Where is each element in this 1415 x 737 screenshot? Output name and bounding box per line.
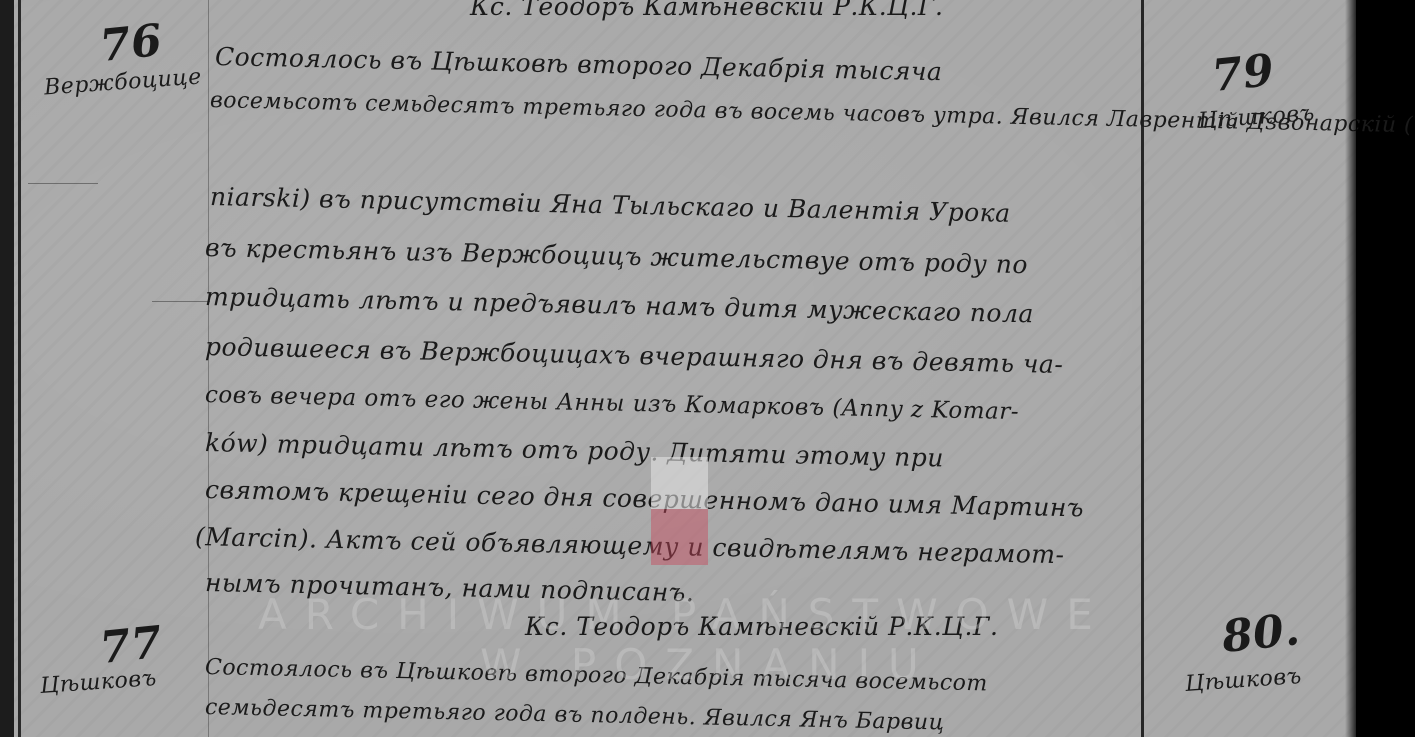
ruled-line: [28, 183, 98, 184]
scanned-register-page: Кс. Теодоръ Камѣневскій Р.К.Ц.Г. 76 Верж…: [0, 0, 1356, 737]
archive-watermark: ARCHIWUM PAŃSTWOWE: [258, 590, 1111, 639]
entry-place: Цѣшковъ: [1184, 664, 1302, 697]
entry-number: 80.: [1220, 604, 1303, 663]
page-binding-edge: [0, 0, 14, 737]
entry-line: тридцать лѣтъ и предъявилъ намъ дитя муж…: [205, 282, 1034, 328]
header-signature: Кс. Теодоръ Камѣневскій Р.К.Ц.Г.: [470, 0, 943, 21]
entry-line: (Marcin). Актъ сей объявляющему и свидѣт…: [195, 522, 1065, 569]
entry-line: семьдесятъ третьяго года въ полдень. Яви…: [205, 695, 945, 735]
left-border-rule: [18, 0, 21, 737]
entry-number: 79: [1210, 45, 1277, 102]
page-edge-shadow: [1345, 0, 1357, 737]
entry-line: святомъ крещеніи сего дня совершенномъ д…: [205, 475, 1085, 522]
ruled-line: [152, 301, 210, 302]
entry-line: совъ вечера отъ его жены Анны изъ Комарк…: [205, 382, 1020, 425]
entry-line: въ крестьянъ изъ Вержбоцицъ жительствуе …: [205, 233, 1029, 279]
archive-watermark: W POZNANIU: [480, 640, 937, 689]
entry-line: ków) тридцати лѣтъ отъ роду. Дитяти этом…: [205, 428, 945, 472]
highlight-gray-marker: [651, 457, 708, 509]
entry-place: Вержбоцице: [43, 65, 202, 101]
entry-number: 76: [98, 15, 165, 72]
entry-line: niarski) въ присутствіи Яна Тыльскаго и …: [210, 182, 1011, 228]
entry-line: родившееся въ Вержбоцицахъ вчерашняго дн…: [205, 332, 1064, 379]
entry-line: Состоялось въ Цѣшковѣ второго Декабрія т…: [215, 42, 943, 86]
highlight-red-marker: [651, 509, 708, 565]
entry-place: Цѣшковъ: [39, 666, 157, 699]
